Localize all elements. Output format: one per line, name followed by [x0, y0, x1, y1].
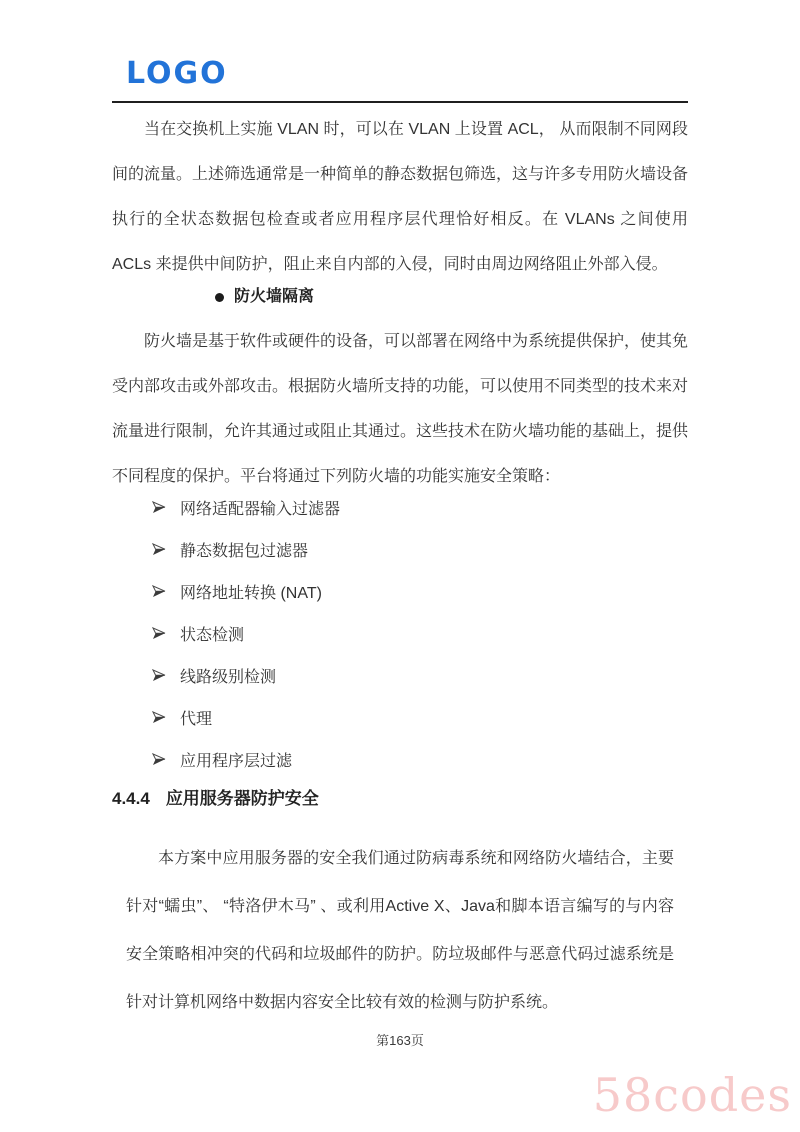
page-number: 第163页: [0, 1030, 800, 1049]
section-heading: 4.4.4应用服务器防护安全: [112, 787, 319, 811]
list-item: 代理: [152, 696, 340, 738]
bullet-heading-label: 防火墙隔离: [234, 286, 314, 308]
bullet-heading-firewall-isolation: 防火墙隔离: [215, 286, 314, 308]
list-item-label: 应用程序层过滤: [180, 748, 292, 771]
list-item-label: 网络适配器输入过滤器: [180, 496, 340, 519]
section-title: 应用服务器防护安全: [166, 789, 319, 808]
arrowhead-bullet-icon: [152, 627, 166, 640]
arrowhead-bullet-icon: [152, 711, 166, 724]
arrowhead-bullet-icon: [152, 669, 166, 682]
arrowhead-bullet-icon: [152, 501, 166, 514]
arrowhead-bullet-icon: [152, 543, 166, 556]
arrowhead-bullet-icon: [152, 585, 166, 598]
list-item: 网络地址转换 (NAT): [152, 570, 340, 612]
document-page: LOGO 当在交换机上实施 VLAN 时，可以在 VLAN 上设置 ACL， 从…: [0, 0, 800, 1132]
list-item-label: 线路级别检测: [180, 664, 276, 687]
paragraph-vlan-acl: 当在交换机上实施 VLAN 时，可以在 VLAN 上设置 ACL， 从而限制不同…: [112, 107, 688, 287]
header-divider: [112, 101, 688, 103]
list-item-label: 代理: [180, 706, 212, 729]
arrowhead-bullet-icon: [152, 753, 166, 766]
list-item: 应用程序层过滤: [152, 738, 340, 780]
list-item-label: 静态数据包过滤器: [180, 538, 308, 561]
list-item: 静态数据包过滤器: [152, 528, 340, 570]
watermark: 58codes: [593, 1068, 792, 1122]
list-item-label: 网络地址转换 (NAT): [180, 580, 322, 603]
list-item: 网络适配器输入过滤器: [152, 486, 340, 528]
list-item: 线路级别检测: [152, 654, 340, 696]
circle-bullet-icon: [215, 293, 224, 302]
section-number: 4.4.4: [112, 789, 150, 808]
logo: LOGO: [126, 56, 228, 91]
firewall-feature-list: 网络适配器输入过滤器 静态数据包过滤器 网络地址转换 (NAT) 状态检测 线路…: [152, 486, 340, 780]
list-item-label: 状态检测: [180, 622, 244, 645]
list-item: 状态检测: [152, 612, 340, 654]
paragraph-app-server-security: 本方案中应用服务器的安全我们通过防病毒系统和网络防火墙结合，主要针对“蠕虫”、 …: [126, 835, 674, 1027]
paragraph-firewall-description: 防火墙是基于软件或硬件的设备，可以部署在网络中为系统提供保护，使其免受内部攻击或…: [112, 319, 688, 499]
